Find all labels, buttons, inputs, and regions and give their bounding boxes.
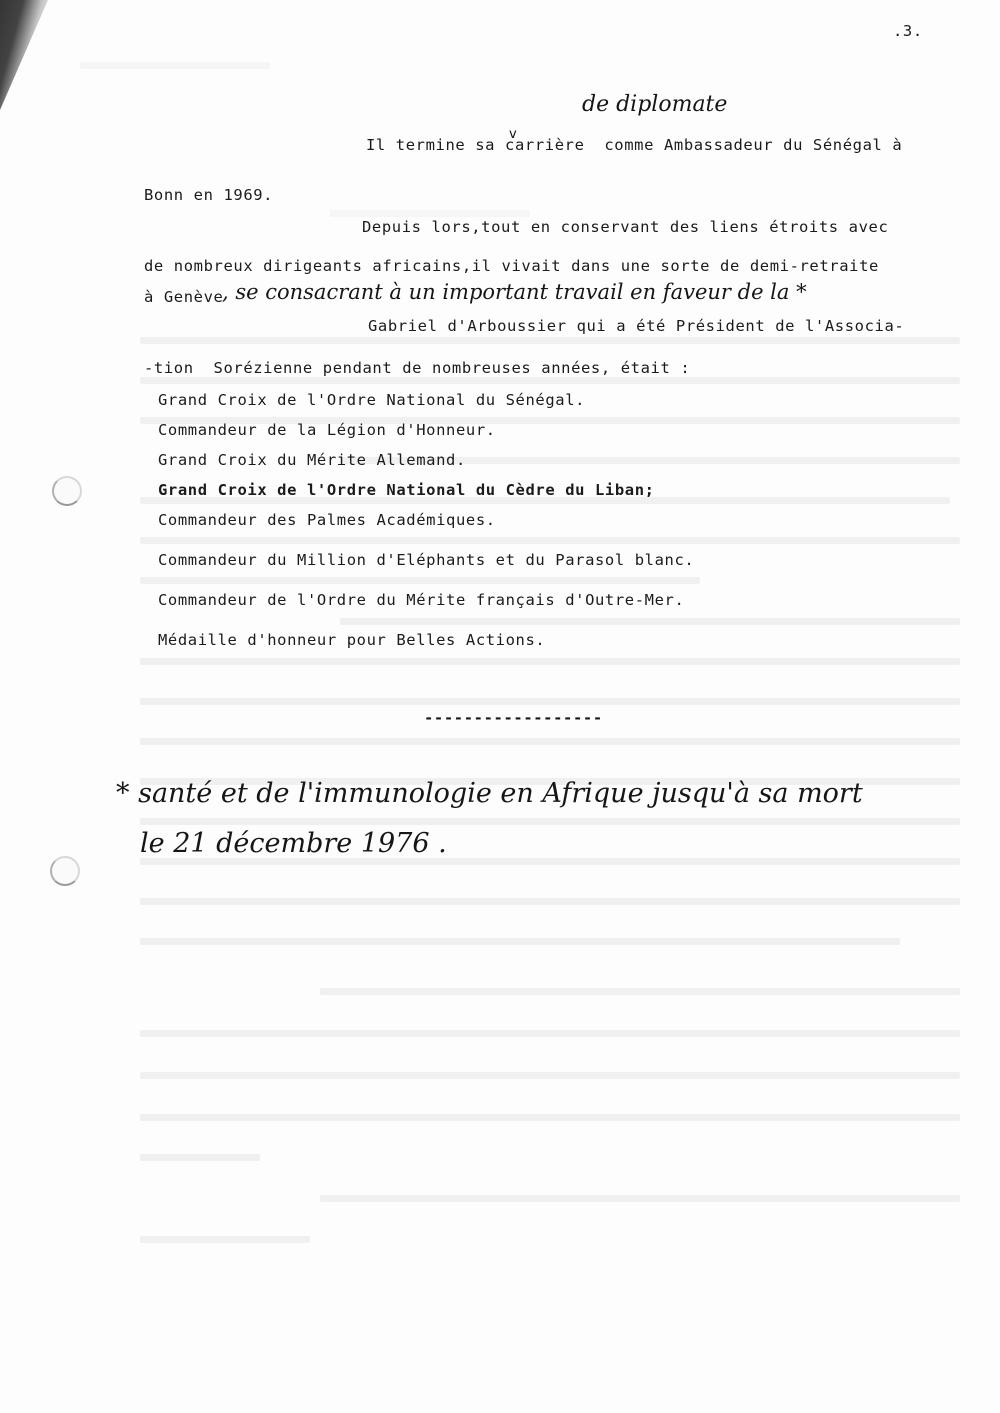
honor-item: Commandeur de la Légion d'Honneur. xyxy=(158,421,496,439)
honor-item: Commandeur du Million d'Eléphants et du … xyxy=(158,551,694,569)
binder-hole-bottom xyxy=(50,856,80,886)
honor-item: Médaille d'honneur pour Belles Actions. xyxy=(158,631,545,649)
paragraph-1-line-1: Il termine sa carrière comme Ambassadeur… xyxy=(366,136,902,154)
handwritten-insertion: de diplomate xyxy=(582,92,727,117)
paragraph-3-line-2: -tion Sorézienne pendant de nombreuses a… xyxy=(144,359,690,377)
binder-hole-top xyxy=(52,476,82,506)
paragraph-3-line-1: Gabriel d'Arboussier qui a été Président… xyxy=(368,317,904,335)
paragraph-1-line-2: Bonn en 1969. xyxy=(144,186,273,204)
page-number: .3. xyxy=(893,22,923,40)
honor-item: Commandeur des Palmes Académiques. xyxy=(158,511,496,529)
paragraph-2-line-3-typed: à Genève xyxy=(144,288,223,306)
honor-item: Grand Croix de l'Ordre National du Cèdre… xyxy=(158,481,655,499)
paragraph-2-line-1: Depuis lors,tout en conservant des liens… xyxy=(362,218,888,236)
section-separator: ------------------ xyxy=(424,709,603,727)
document-page: .3. de diplomate v Il termine sa carrièr… xyxy=(0,0,1000,1413)
handwritten-footnote-line-2: le 21 décembre 1976 . xyxy=(140,828,447,859)
honor-item: Grand Croix de l'Ordre National du Sénég… xyxy=(158,391,585,409)
handwritten-continuation: , se consacrant à un important travail e… xyxy=(222,280,807,304)
honor-item: Grand Croix du Mérite Allemand. xyxy=(158,451,466,469)
page-corner-fold xyxy=(0,0,48,110)
honor-item: Commandeur de l'Ordre du Mérite français… xyxy=(158,591,684,609)
paragraph-2-line-2: de nombreux dirigeants africains,il viva… xyxy=(144,257,879,275)
handwritten-footnote-line-1: * santé et de l'immunologie en Afrique j… xyxy=(116,778,863,809)
